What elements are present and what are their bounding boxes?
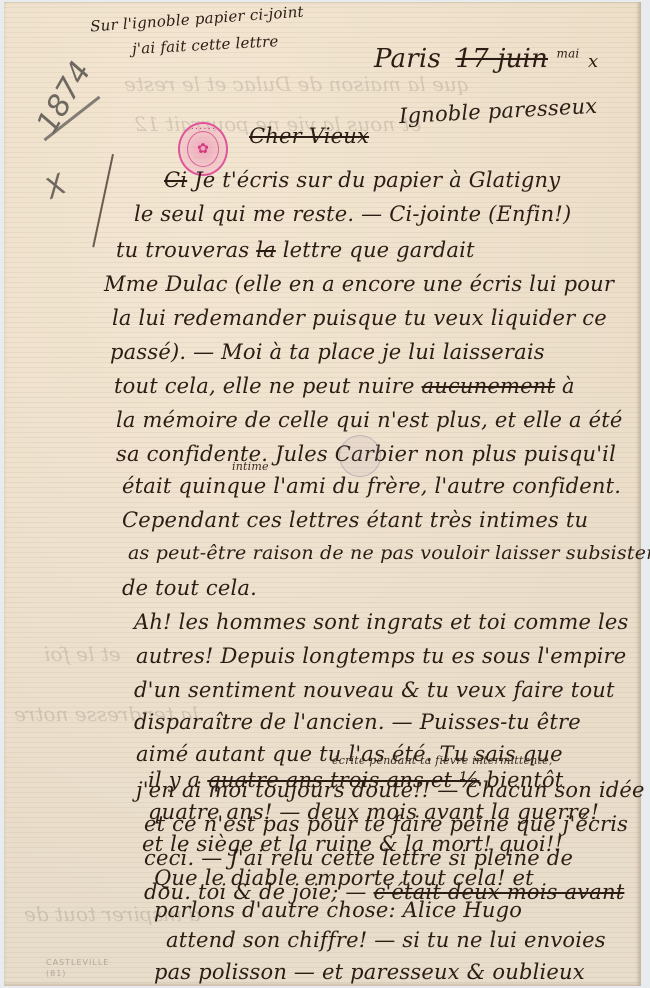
collection-stamp: CASTLEVILLE(81) bbox=[46, 957, 109, 979]
bleed-through-text: que la maison de Dulac et le reste bbox=[124, 72, 470, 96]
date-insert: mai bbox=[556, 46, 579, 60]
letter-page: que la maison de Dulac et le reste et no… bbox=[4, 2, 641, 986]
top-note-line-2: j'ai fait cette lettre bbox=[132, 32, 279, 58]
body-line-15: autres! Depuis longtemps tu es sous l'em… bbox=[136, 644, 626, 668]
body-line-26: Que le diable emporte tout cela! et bbox=[154, 866, 534, 890]
body-line-28: attend son chiffre! — si tu ne lui envoi… bbox=[166, 928, 606, 952]
body-line-23: il y a quatre ans trois ans et ½ bientôt bbox=[148, 768, 563, 792]
margin-mark bbox=[92, 154, 114, 247]
pencil-year: 1874 bbox=[30, 56, 98, 140]
body-line-11: Cependant ces lettres étant très intimes… bbox=[122, 508, 588, 532]
top-note-line-1: Sur l'ignoble papier ci-joint bbox=[90, 3, 305, 36]
body-line-13: de tout cela. bbox=[122, 576, 257, 600]
bleed-through-text: et le foi bbox=[44, 642, 121, 666]
date-line: Paris 17 juin mai x bbox=[374, 44, 598, 74]
date-mark: x bbox=[588, 51, 598, 72]
body-line-25: et le siège et la ruine & la mort! quoi!… bbox=[142, 832, 563, 856]
body-line-1: Ci Je t'écris sur du papier à Glatigny bbox=[164, 168, 560, 192]
body-line-4: Mme Dulac (elle en a encore une écris lu… bbox=[104, 272, 614, 296]
faint-reverse-stamp bbox=[339, 435, 381, 477]
body-line-3: tu trouveras la lettre que gardait bbox=[116, 238, 475, 262]
stamp-emblem-icon: ✿ bbox=[187, 131, 219, 167]
body-line-14: Ah! les hommes sont ingrats et toi comme… bbox=[134, 610, 629, 634]
body-line-2: le seul qui me reste. — Ci-jointe (Enfin… bbox=[134, 202, 571, 226]
body-line-7: tout cela, elle ne peut nuire aucunement… bbox=[114, 374, 575, 398]
interlinear-insert-intime: intime bbox=[232, 460, 269, 473]
body-line-10: était quinque l'ami du frère, l'autre co… bbox=[122, 474, 621, 498]
pencil-margin-mark: X bbox=[40, 167, 71, 205]
place: Paris bbox=[374, 44, 441, 74]
body-line-5: la lui redemander puisque tu veux liquid… bbox=[112, 306, 607, 330]
date-struck: 17 juin bbox=[455, 44, 548, 74]
interlinear-insert-fievre: écrite pendant ta fièvre intermittente, bbox=[332, 754, 553, 767]
body-line-12: as peut-être raison de ne pas vouloir la… bbox=[128, 542, 650, 564]
body-line-27: parlons d'autre chose: Alice Hugo bbox=[154, 898, 522, 922]
stamp-ring-text: • • • • • • bbox=[186, 126, 220, 131]
body-line-8: la mémoire de celle qui n'est plus, et e… bbox=[116, 408, 623, 432]
body-line-29: pas polisson — et paresseux & oublieux bbox=[154, 960, 585, 984]
body-line-24: quatre ans! — deux mois avant la guerre! bbox=[148, 800, 599, 824]
body-line-16: d'un sentiment nouveau & tu veux faire t… bbox=[134, 678, 615, 702]
body-line-6: passé). — Moi à ta place je lui laissera… bbox=[110, 340, 545, 364]
salutation-struck: Cher Vieux bbox=[249, 124, 369, 148]
closing-epithet: Ignoble paresseux bbox=[399, 94, 598, 128]
body-line-17: disparaître de l'ancien. — Puisses-tu êt… bbox=[134, 710, 581, 734]
